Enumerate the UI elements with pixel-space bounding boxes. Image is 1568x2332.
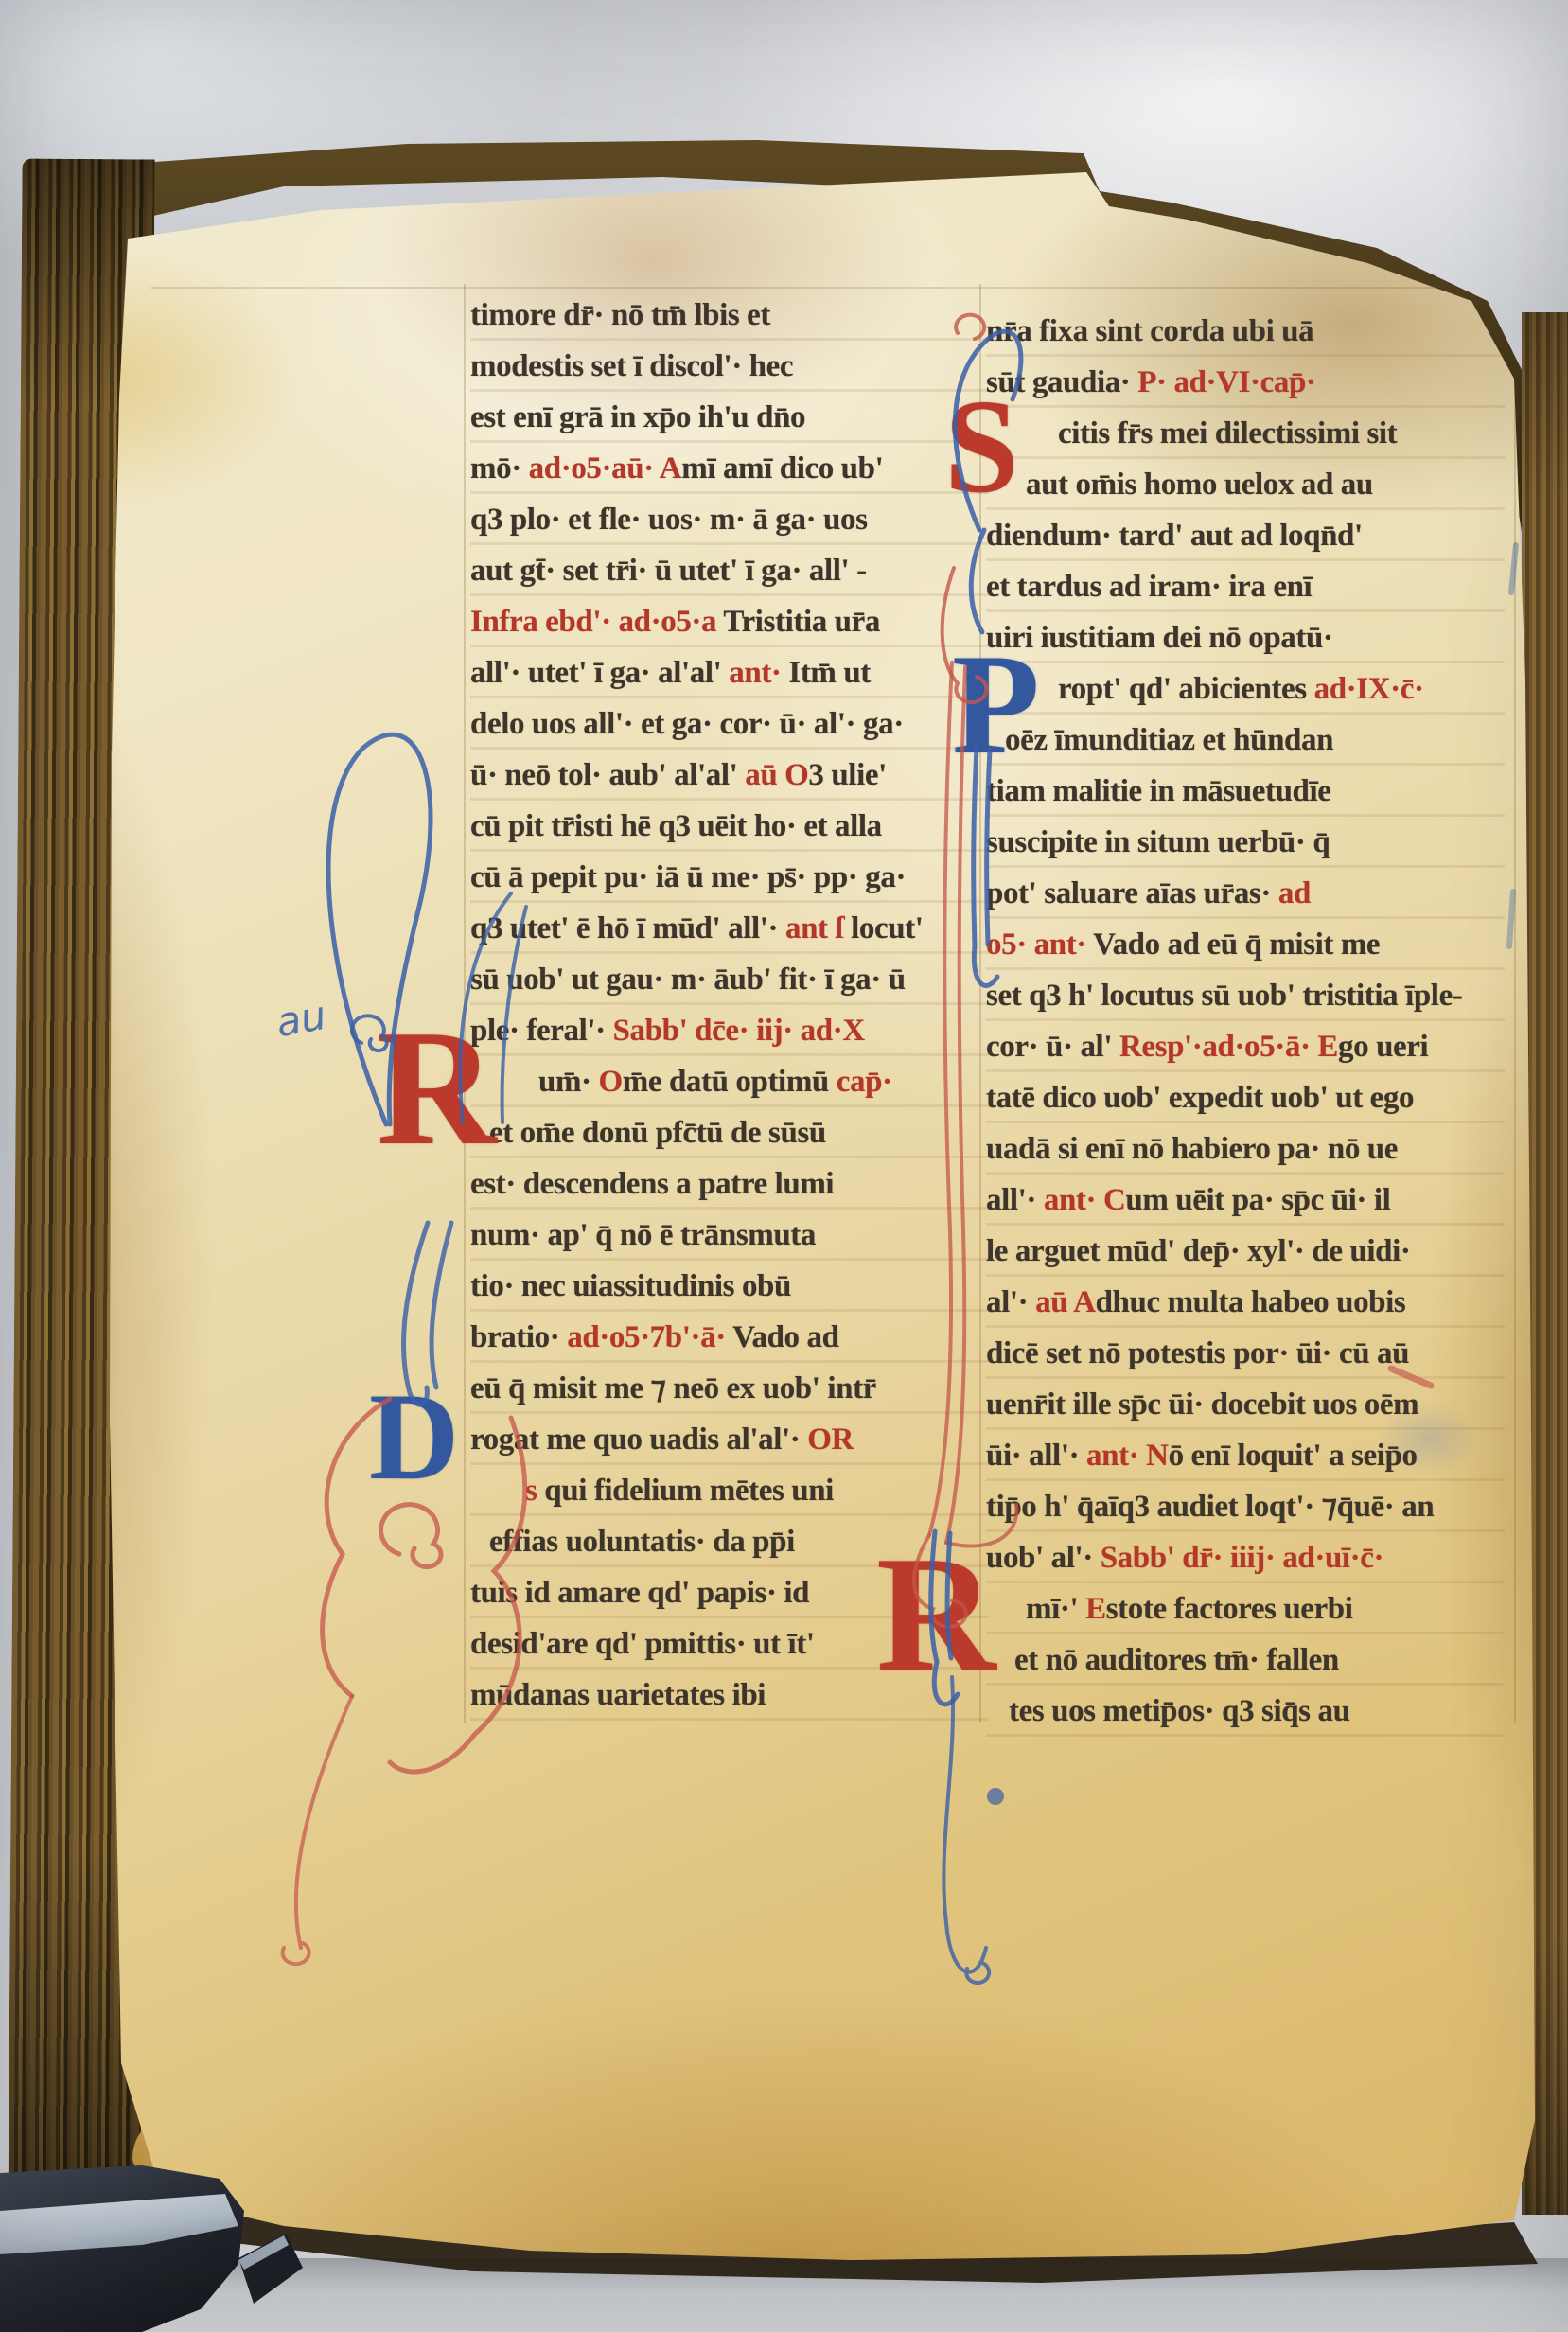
body-text: sū uob' ut gau· m· āub' fit· ī ga· ū bbox=[470, 963, 906, 997]
text-line: sūt gaudia· P· ad·VI·cap̄· bbox=[986, 357, 1505, 408]
body-text: ō enī loquit' a seip̄o bbox=[1169, 1439, 1418, 1473]
text-line: tes uos metip̄os· q3 siq̄s au bbox=[986, 1686, 1505, 1737]
body-text: desid'are qd' pmittis· ut īt' bbox=[470, 1627, 815, 1661]
body-text: Vado ad bbox=[732, 1320, 838, 1354]
body-text: all'· utet' ī ga· al'al' bbox=[470, 656, 729, 690]
rubric-text: ant ſ bbox=[785, 911, 851, 945]
parchment-page: timore dr̄· nō tm̄ lbis etmodestis set ī… bbox=[0, 0, 1568, 2332]
text-line: le arguet mūd' dep̄· xyl'· de uidi· bbox=[986, 1226, 1505, 1277]
text-line: all'· utet' ī ga· al'al' ant· Itm̄ ut bbox=[470, 647, 989, 698]
body-text: mī·' bbox=[1026, 1592, 1085, 1626]
body-text: ū· neō tol· aub' al'al' bbox=[470, 758, 745, 792]
rubric-text: ad·IX·c̄· bbox=[1314, 672, 1424, 706]
body-text: ropt' qd' abicientes bbox=[1058, 672, 1314, 706]
body-text: stote factores uerbi bbox=[1106, 1592, 1353, 1626]
text-line: s qui fidelium mētes uni bbox=[470, 1465, 989, 1516]
rubric-text: OR bbox=[807, 1422, 854, 1457]
drop-cap-initial-p: P bbox=[952, 632, 1040, 776]
text-line: nr̄a fixa sint corda ubi uā bbox=[986, 306, 1505, 357]
text-line: modestis set ī discol'· hec bbox=[470, 341, 989, 392]
text-line: ple· feral'· Sabb' dc̄e· iij· ad·X bbox=[470, 1005, 989, 1056]
text-line: et nō auditores tm̄· fallen bbox=[986, 1634, 1505, 1686]
text-line: aut gt̄· set tr̄i· ū utet' ī ga· all' - bbox=[470, 545, 989, 596]
text-line: et om̄e donū pfc̄tū de sūsū bbox=[470, 1107, 989, 1158]
flourish-left-spiral bbox=[381, 1505, 441, 1567]
rubric-text: Sabb' dc̄e· iij· ad·X bbox=[613, 1014, 865, 1048]
text-line: al'· aū Adhuc multa habeo uobis bbox=[986, 1277, 1505, 1328]
rubric-text: ant· N bbox=[1086, 1439, 1169, 1473]
body-text: tio· nec uiassitudinis obū bbox=[470, 1269, 791, 1303]
drop-cap-initial-r: R bbox=[377, 1005, 496, 1171]
body-text: et om̄e donū pfc̄tū de sūsū bbox=[489, 1116, 826, 1150]
text-line: pot' saluare aīas ur̄as· ad bbox=[986, 868, 1505, 919]
text-line: citis fr̄s mei dilectissimi sit bbox=[986, 408, 1505, 459]
text-line: q3 plo· et fle· uos· m· ā ga· uos bbox=[470, 494, 989, 545]
rubric-text: Sabb' dr̄· iiij· ad·uī·c̄· bbox=[1101, 1541, 1383, 1575]
rubric-text: s bbox=[525, 1474, 544, 1508]
text-line: set q3 h' locutus sū uob' tristitia īple… bbox=[986, 970, 1505, 1021]
body-text: et tardus ad iram· ira enī bbox=[986, 570, 1312, 604]
text-line: uenr̄it ille sp̄c ūi· docebit uos oēm bbox=[986, 1379, 1505, 1430]
rubric-text: ant· bbox=[729, 656, 788, 690]
body-text: nr̄a fixa sint corda ubi uā bbox=[986, 314, 1313, 348]
text-line: diendum· tard' aut ad loqn̄d' bbox=[986, 510, 1505, 561]
text-line: tiam malitie in māsuetudīe bbox=[986, 766, 1505, 817]
rubric-text: ad·o5·7b'·ā· bbox=[567, 1320, 732, 1354]
body-text: mūdanas uarietates ibi bbox=[470, 1678, 766, 1712]
text-line: num· ap' q̄ nō ē trānsmuta bbox=[470, 1210, 989, 1261]
body-text: mō· bbox=[470, 451, 529, 486]
flourish-left-long-tail bbox=[283, 1696, 352, 1964]
body-text: Itm̄ ut bbox=[788, 656, 871, 690]
text-line: delo uos all'· et ga· cor· ū· al'· ga· bbox=[470, 698, 989, 750]
text-line: mō· ad·o5·aū· Amī amī dico ub' bbox=[470, 443, 989, 494]
rubric-text: ad·o5·aū· A bbox=[529, 451, 682, 486]
rubric-text: ant· C bbox=[1044, 1183, 1126, 1217]
body-text: uob' al'· bbox=[986, 1541, 1101, 1575]
body-text: tuis id amare qd' papis· id bbox=[470, 1576, 809, 1610]
rubric-text: aū A bbox=[1035, 1285, 1096, 1319]
body-text: q3 plo· et fle· uos· m· ā ga· uos bbox=[470, 503, 868, 537]
manuscript-column-left: timore dr̄· nō tm̄ lbis etmodestis set ī… bbox=[470, 290, 989, 1721]
rubric-text: Infra ebd'· ad·o5·a bbox=[470, 605, 723, 639]
body-text: locut' bbox=[851, 911, 923, 945]
text-line: ū· neō tol· aub' al'al' aū O3 ulie' bbox=[470, 750, 989, 801]
body-text: oēz īmunditiaz et hūndan bbox=[1005, 723, 1333, 757]
body-text: citis fr̄s mei dilectissimi sit bbox=[1058, 416, 1397, 450]
body-text: num· ap' q̄ nō ē trānsmuta bbox=[470, 1218, 816, 1252]
text-line: ūi· all'· ant· Nō enī loquit' a seip̄o bbox=[986, 1430, 1505, 1481]
manuscript-photo: timore dr̄· nō tm̄ lbis etmodestis set ī… bbox=[0, 0, 1568, 2332]
text-line: tip̄o h' q̄aīq3 audiet loqt'· ⁊q̄uē· an bbox=[986, 1481, 1505, 1532]
body-text: rogat me quo uadis al'al'· bbox=[470, 1422, 807, 1457]
rubric-text: o5· ant· bbox=[986, 927, 1093, 962]
body-text: le arguet mūd' dep̄· xyl'· de uidi· bbox=[986, 1234, 1410, 1268]
body-text: suscipite in situm uerbū· q̄ bbox=[986, 825, 1330, 859]
rubric-text: P· ad·VI·cap̄· bbox=[1137, 365, 1315, 399]
body-text: um̄· bbox=[538, 1065, 599, 1099]
text-line: ropt' qd' abicientes ad·IX·c̄· bbox=[986, 663, 1505, 715]
body-text: dhuc multa habeo uobis bbox=[1096, 1285, 1406, 1319]
text-line: q3 utet' ē hō ī mūd' all'· ant ſ locut' bbox=[470, 903, 989, 954]
body-text: cū ā pepit pu· iā ū me· ps̄· pp· ga· bbox=[470, 860, 906, 894]
text-line: et tardus ad iram· ira enī bbox=[986, 561, 1505, 612]
body-text: q3 utet' ē hō ī mūd' all'· bbox=[470, 911, 785, 945]
body-text: et nō auditores tm̄· fallen bbox=[1014, 1643, 1339, 1677]
body-text: al'· bbox=[986, 1285, 1035, 1319]
body-text: um uēit pa· sp̄c ūi· il bbox=[1125, 1183, 1390, 1217]
body-text: pot' saluare aīas ur̄as· bbox=[986, 876, 1278, 910]
drop-cap-initial-s: S bbox=[944, 379, 1019, 513]
body-text: cor· ū· al' bbox=[986, 1030, 1119, 1064]
text-line: bratio· ad·o5·7b'·ā· Vado ad bbox=[470, 1312, 989, 1363]
body-text: effias uoluntatis· da pp̄i bbox=[489, 1525, 795, 1559]
body-text: tatē dico uob' expedit uob' ut ego bbox=[986, 1081, 1414, 1115]
text-line: uadā si enī nō habiero pa· nō ue bbox=[986, 1123, 1505, 1175]
body-text: tes uos metip̄os· q3 siq̄s au bbox=[1009, 1694, 1350, 1728]
body-text: aut om̄is homo uelox ad au bbox=[1026, 468, 1373, 502]
text-line: oēz īmunditiaz et hūndan bbox=[986, 715, 1505, 766]
rubric-text: Resp'·ad·o5·ā· E bbox=[1119, 1030, 1338, 1064]
text-line: timore dr̄· nō tm̄ lbis et bbox=[470, 290, 989, 341]
body-text: est· descendens a patre lumi bbox=[470, 1167, 834, 1201]
body-text: modestis set ī discol'· hec bbox=[470, 349, 793, 383]
ruling-line-horizontal bbox=[151, 287, 1514, 289]
text-line: Infra ebd'· ad·o5·a Tristitia ur̄a bbox=[470, 596, 989, 647]
text-line: cū pit tr̄isti hē q3 uēit ho· et alla bbox=[470, 801, 989, 852]
body-text: diendum· tard' aut ad loqn̄d' bbox=[986, 519, 1363, 553]
body-text: Vado ad eū q̄ misit me bbox=[1093, 927, 1380, 962]
body-text: delo uos all'· et ga· cor· ū· al'· ga· bbox=[470, 707, 904, 741]
text-line: all'· ant· Cum uēit pa· sp̄c ūi· il bbox=[986, 1175, 1505, 1226]
body-text: all'· bbox=[986, 1183, 1044, 1217]
text-line: est· descendens a patre lumi bbox=[470, 1158, 989, 1210]
body-text: eū q̄ misit me ⁊ neō ex uob' intr̄ bbox=[470, 1371, 876, 1405]
rubric-text: E bbox=[1085, 1592, 1106, 1626]
text-line: o5· ant· Vado ad eū q̄ misit me bbox=[986, 919, 1505, 970]
rubric-text: O bbox=[599, 1065, 623, 1099]
manuscript-column-right: nr̄a fixa sint corda ubi uāsūt gaudia· P… bbox=[986, 306, 1505, 1737]
text-line: suscipite in situm uerbū· q̄ bbox=[986, 817, 1505, 868]
text-line: aut om̄is homo uelox ad au bbox=[986, 459, 1505, 510]
text-line: uiri iustitiam dei nō opatū· bbox=[986, 612, 1505, 663]
body-text: dicē set nō potestis por· ūi· cū aū bbox=[986, 1336, 1409, 1370]
body-text: Tristitia ur̄a bbox=[723, 605, 880, 639]
body-text: 3 ulie' bbox=[808, 758, 886, 792]
body-text: mī amī dico ub' bbox=[681, 451, 883, 486]
ruling-line-vertical bbox=[1514, 284, 1516, 1722]
drop-cap-initial-r2: R bbox=[876, 1531, 995, 1697]
text-line: cor· ū· al' Resp'·ad·o5·ā· Ego ueri bbox=[986, 1021, 1505, 1072]
text-line: tio· nec uiassitudinis obū bbox=[470, 1261, 989, 1312]
rubric-text: ad bbox=[1278, 876, 1311, 910]
body-text: qui fidelium mētes uni bbox=[544, 1474, 834, 1508]
body-text: m̄e datū optimū bbox=[623, 1065, 837, 1099]
body-text: ūi· all'· bbox=[986, 1439, 1086, 1473]
body-text: uadā si enī nō habiero pa· nō ue bbox=[986, 1132, 1398, 1166]
text-line: cū ā pepit pu· iā ū me· ps̄· pp· ga· bbox=[470, 852, 989, 903]
text-line: tatē dico uob' expedit uob' ut ego bbox=[986, 1072, 1505, 1123]
body-text: set q3 h' locutus sū uob' tristitia īple… bbox=[986, 979, 1462, 1013]
text-line: mī·' Estote factores uerbi bbox=[986, 1583, 1505, 1634]
body-text: go ueri bbox=[1338, 1030, 1428, 1064]
body-text: uenr̄it ille sp̄c ūi· docebit uos oēm bbox=[986, 1387, 1418, 1422]
text-line: est enī grā in xp̄o ih'u dn̄o bbox=[470, 392, 989, 443]
body-text: bratio· bbox=[470, 1320, 567, 1354]
rubric-text: aū O bbox=[745, 758, 808, 792]
body-text: timore dr̄· nō tm̄ lbis et bbox=[470, 298, 770, 332]
body-text: aut gt̄· set tr̄i· ū utet' ī ga· all' - bbox=[470, 554, 867, 588]
flourish-right-r-long-tail bbox=[943, 1677, 989, 1983]
show-through-mark-2 bbox=[1509, 892, 1513, 946]
rubric-text: cap̄· bbox=[837, 1065, 892, 1099]
text-line: um̄· Om̄e datū optimū cap̄· bbox=[470, 1056, 989, 1107]
text-line: uob' al'· Sabb' dr̄· iiij· ad·uī·c̄· bbox=[986, 1532, 1505, 1583]
body-text: est enī grā in xp̄o ih'u dn̄o bbox=[470, 400, 805, 434]
flourish-ink-dot bbox=[987, 1788, 1004, 1805]
text-line: dicē set nō potestis por· ūi· cū aū bbox=[986, 1328, 1505, 1379]
text-line: sū uob' ut gau· m· āub' fit· ī ga· ū bbox=[470, 954, 989, 1005]
text-line: eū q̄ misit me ⁊ neō ex uob' intr̄ bbox=[470, 1363, 989, 1414]
body-text: tip̄o h' q̄aīq3 audiet loqt'· ⁊q̄uē· an bbox=[986, 1490, 1434, 1524]
drop-cap-initial-d: D bbox=[369, 1374, 459, 1499]
marginal-gloss-note: au bbox=[273, 992, 329, 1046]
text-line: rogat me quo uadis al'al'· OR bbox=[470, 1414, 989, 1465]
body-text: cū pit tr̄isti hē q3 uēit ho· et alla bbox=[470, 809, 882, 843]
